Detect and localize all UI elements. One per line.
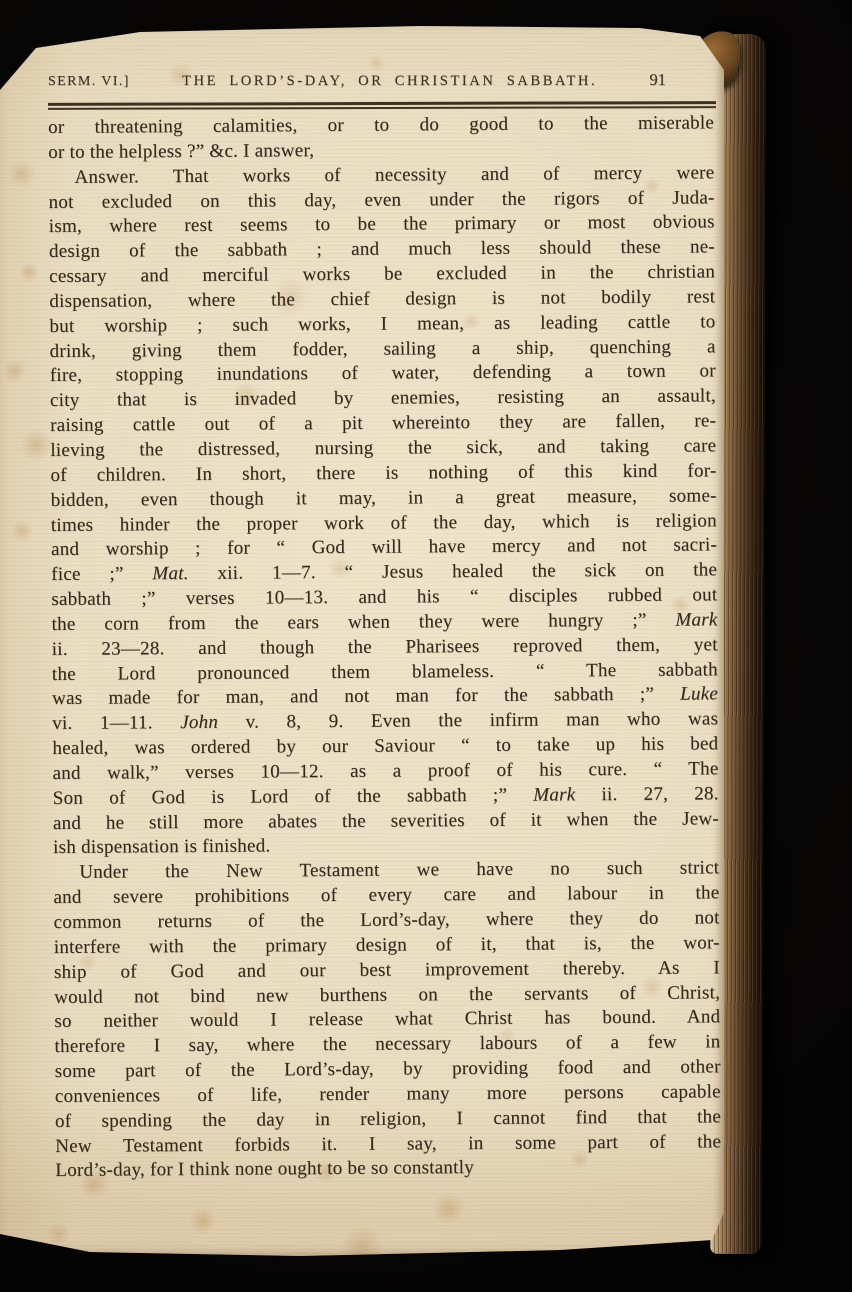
- text-run: conveniences of life, render many more p…: [55, 1081, 721, 1107]
- text-run: raising cattle out of a pit whereinto th…: [50, 410, 716, 436]
- text-run: dispensation, where the chief design is …: [49, 286, 715, 312]
- running-title: THE LORD’S-DAY, OR CHRISTIAN SABBATH.: [130, 73, 650, 90]
- text-line: Lord’s-day, for I think none ought to be…: [55, 1155, 721, 1184]
- text-run: Answer. That works of necessity and of m…: [74, 162, 714, 187]
- text-run: the Lord pronounced them blameless. “ Th…: [52, 659, 718, 685]
- text-run: the corn from the ears when they were hu…: [51, 610, 675, 635]
- text-run: bidden, even though it may, in a great m…: [51, 485, 717, 511]
- scanned-book-photo: SERM. VI.] THE LORD’S-DAY, OR CHRISTIAN …: [0, 0, 852, 1292]
- text-run: not excluded on this day, even under the…: [49, 187, 715, 213]
- scripture-reference: Mat.: [152, 563, 189, 584]
- text-run: or threatening calamities, or to do good…: [48, 112, 714, 138]
- text-run: healed, was ordered by our Saviour “ to …: [52, 733, 718, 759]
- text-run: ii. 27, 28.: [575, 783, 719, 805]
- text-run: ii. 23—28. and though the Pharisees repr…: [52, 634, 718, 660]
- text-run: of spending the day in religion, I canno…: [55, 1106, 721, 1132]
- text-run: sabbath ;” verses 10—13. and his “ disci…: [51, 584, 717, 610]
- text-run: ish dispensation is finished.: [53, 836, 270, 859]
- text-run: v. 8, 9. Even the infirm man who was: [218, 709, 718, 733]
- text-run: therefore I say, where the necessary lab…: [54, 1032, 720, 1058]
- text-run: was made for man, and not man for the sa…: [52, 684, 680, 709]
- text-run: Under the New Testament we have no such …: [79, 858, 719, 883]
- book-page: SERM. VI.] THE LORD’S-DAY, OR CHRISTIAN …: [0, 26, 724, 1258]
- text-run: common returns of the Lord’s-day, where …: [54, 907, 720, 933]
- text-run: vi. 1—11.: [52, 712, 180, 734]
- text-run: Son of God is Lord of the sabbath ;”: [53, 784, 534, 808]
- text-run: and severe prohibitions of every care an…: [53, 882, 719, 908]
- text-run: and worship ; for “ God will have mercy …: [51, 535, 717, 561]
- text-line: and he still more abates the severities …: [53, 807, 719, 836]
- text-run: interfere with the primary design of it,…: [54, 932, 720, 958]
- text-run: Lord’s-day, for I think none ought to be…: [55, 1157, 474, 1181]
- text-run: would not bind new burthens on the serva…: [54, 982, 720, 1008]
- text-run: and walk,” verses 10—12. as a proof of h…: [53, 758, 719, 784]
- text-run: fire, stopping inundations of water, def…: [50, 361, 716, 387]
- text-run: drink, giving them fodder, sailing a shi…: [50, 336, 716, 362]
- scripture-reference: John: [180, 712, 218, 733]
- text-run: ism, where rest seems to be the primary …: [49, 212, 715, 238]
- text-run: cessary and merciful works be excluded i…: [49, 261, 715, 287]
- text-run: city that is invaded by enemies, resisti…: [50, 386, 716, 412]
- page-header: SERM. VI.] THE LORD’S-DAY, OR CHRISTIAN …: [48, 70, 714, 96]
- text-run: of children. In short, there is nothing …: [50, 460, 716, 486]
- text-line: New Testament forbids it. I say, in some…: [55, 1130, 721, 1159]
- text-run: or to the helpless ?” &c. I answer,: [48, 140, 314, 163]
- page-number: 91: [650, 70, 715, 90]
- text-run: ship of God and our best improvement the…: [54, 957, 720, 983]
- scripture-reference: Mark: [533, 784, 575, 805]
- section-label: SERM. VI.]: [48, 74, 130, 90]
- text-run: and he still more abates the severities …: [53, 808, 719, 834]
- text-run: times hinder the proper work of the day,…: [51, 510, 717, 536]
- text-run: fice ;”: [51, 563, 152, 585]
- text-line: or threatening calamities, or to do good…: [48, 111, 714, 140]
- text-run: so neither would I release what Christ h…: [54, 1007, 720, 1033]
- body-text: or threatening calamities, or to do good…: [48, 111, 721, 1184]
- text-run: but worship ; such works, I mean, as lea…: [49, 311, 715, 337]
- text-run: New Testament forbids it. I say, in some…: [55, 1131, 721, 1157]
- text-run: some part of the Lord’s-day, by providin…: [55, 1056, 721, 1082]
- scripture-reference: Mark: [675, 609, 717, 630]
- text-run: design of the sabbath ; and much less sh…: [49, 237, 715, 263]
- text-run: lieving the distressed, nursing the sick…: [50, 435, 716, 461]
- text-run: xii. 1—7. “ Jesus healed the sick on the: [189, 560, 718, 585]
- scripture-reference: Luke: [680, 684, 718, 705]
